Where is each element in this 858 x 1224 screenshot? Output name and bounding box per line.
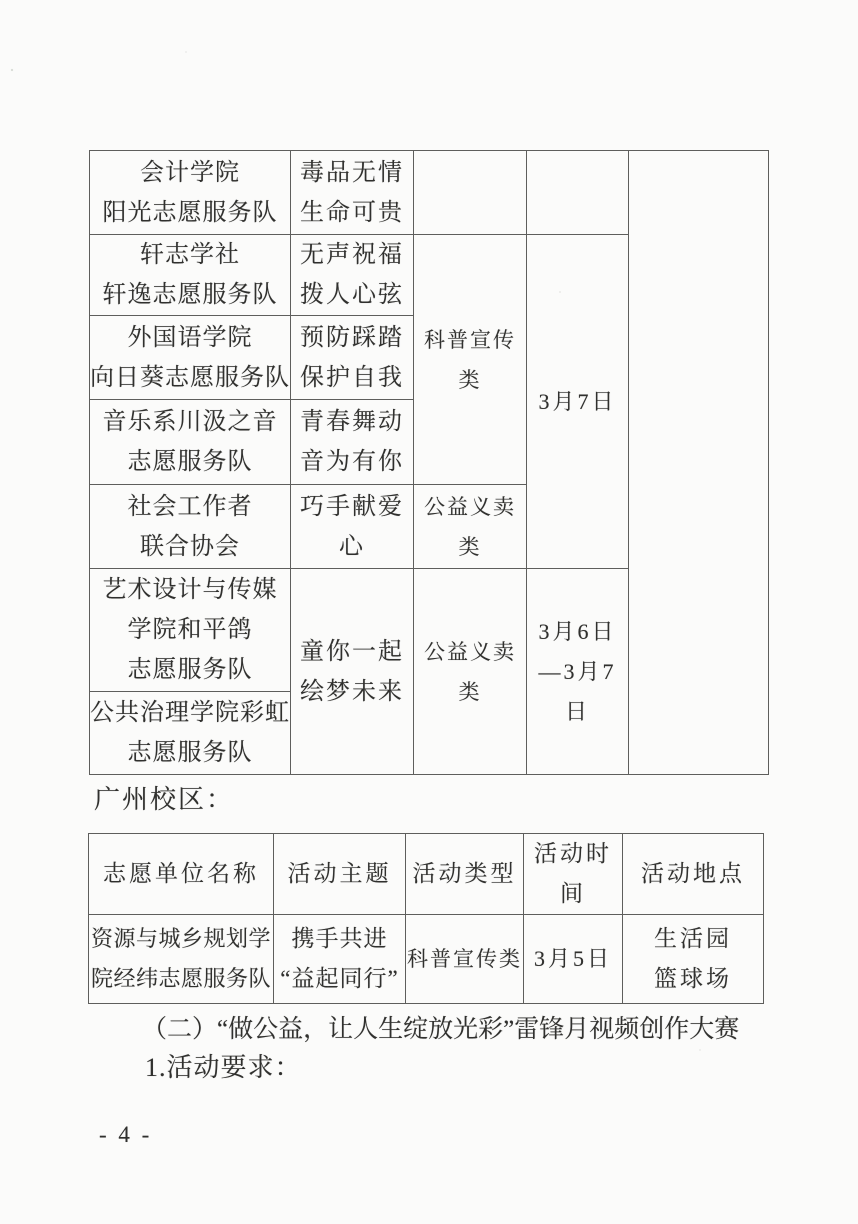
cell-unit-r3: 外国语学院 向日葵志愿服务队 [90,316,291,400]
volunteer-activities-table-continued: 会计学院 阳光志愿服务队 毒品无情 生命可贵 轩志学社 轩逸志愿服务队 无声祝福… [89,150,769,775]
campus-label: 广州校区： [94,783,234,817]
section-heading: （二）“做公益，让人生绽放光彩”雷锋月视频创作大赛 [142,1013,739,1047]
cell-theme-r2: 无声祝福 拨人心弦 [291,235,414,316]
cell-gz-location: 生活园 篮球场 [623,915,764,1004]
header-unit-name: 志愿单位名称 [89,834,274,915]
cell-type-r1-empty [414,151,527,235]
sub-heading: 1.活动要求： [145,1051,302,1085]
header-activity-location: 活动地点 [623,834,764,915]
cell-unit-r4: 音乐系川汲之音 志愿服务队 [90,400,291,485]
page-number: - 4 - [99,1120,152,1150]
cell-unit-r7: 公共治理学院彩虹 志愿服务队 [90,692,291,775]
header-activity-time: 活动时间 [524,834,623,915]
scanned-document-page: 会计学院 阳光志愿服务队 毒品无情 生命可贵 轩志学社 轩逸志愿服务队 无声祝福… [0,0,858,1224]
cell-gz-theme: 携手共进 “益起同行” [274,915,406,1004]
cell-theme-r5: 巧手献爱心 [291,485,414,569]
cell-theme-r1: 毒品无情 生命可贵 [291,151,414,235]
cell-gz-type: 科普宣传类 [406,915,524,1004]
cell-unit-r6: 艺术设计与传媒 学院和平鸽 志愿服务队 [90,569,291,692]
cell-theme-r4: 青春舞动 音为有你 [291,400,414,485]
cell-theme-rows6-7: 童你一起 绘梦未来 [291,569,414,775]
cell-theme-r3: 预防踩踏 保护自我 [291,316,414,400]
header-activity-theme: 活动主题 [274,834,406,915]
cell-type-r5: 公益义卖类 [414,485,527,569]
cell-unit-r2: 轩志学社 轩逸志愿服务队 [90,235,291,316]
cell-time-rows6-7: 3月6日 —3月7日 [527,569,629,775]
header-activity-type: 活动类型 [406,834,524,915]
cell-time-r1-empty [527,151,629,235]
cell-type-rows6-7: 公益义卖类 [414,569,527,775]
cell-gz-time: 3月5日 [524,915,623,1004]
cell-unit-r1: 会计学院 阳光志愿服务队 [90,151,291,235]
guangzhou-campus-table: 志愿单位名称 活动主题 活动类型 活动时间 活动地点 资源与城乡规划学 院经纬志… [88,833,764,1004]
cell-time-rows2-5: 3月7日 [527,235,629,569]
cell-location-column-empty [629,151,769,775]
cell-unit-r5: 社会工作者 联合协会 [90,485,291,569]
cell-type-rows2-4: 科普宣传类 [414,235,527,485]
cell-gz-unit: 资源与城乡规划学 院经纬志愿服务队 [89,915,274,1004]
